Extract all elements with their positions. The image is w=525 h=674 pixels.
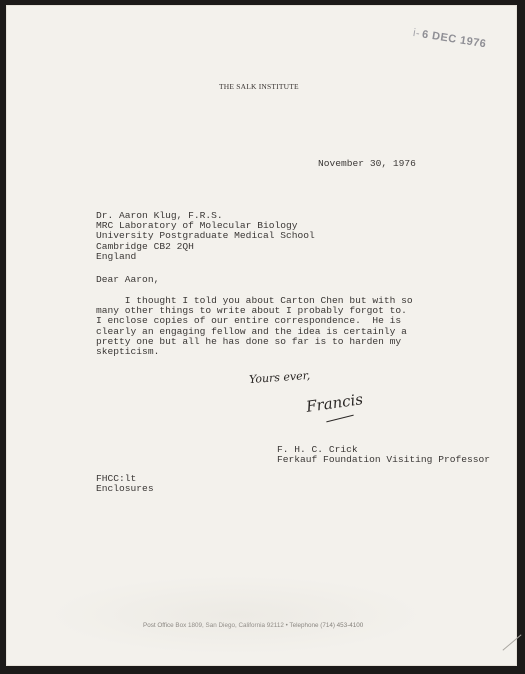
stamp-mark: i- xyxy=(412,27,421,40)
paper-crease xyxy=(502,634,521,650)
signer-title: Ferkauf Foundation Visiting Professor xyxy=(277,454,490,465)
enclosures-note: Enclosures xyxy=(96,483,154,494)
handwritten-signature: Francis xyxy=(305,390,364,416)
letterhead-footer: Post Office Box 1809, San Diego, Califor… xyxy=(143,622,363,629)
body-line: skepticism. xyxy=(96,346,159,357)
handwritten-closing: Yours ever, xyxy=(249,369,311,386)
salutation: Dear Aaron, xyxy=(96,275,159,285)
signer-block: F. H. C. Crick Ferkauf Foundation Visiti… xyxy=(277,445,490,465)
letter-body: I thought I told you about Carton Chen b… xyxy=(96,296,413,357)
stamp-text: 6 DEC 1976 xyxy=(421,28,487,50)
reference-block: FHCC:lt Enclosures xyxy=(96,474,154,494)
letter-page: i-6 DEC 1976 THE SALK INSTITUTE November… xyxy=(6,5,517,666)
letter-date: November 30, 1976 xyxy=(318,159,416,169)
address-line: England xyxy=(96,251,136,262)
letterhead: THE SALK INSTITUTE xyxy=(219,82,299,91)
signature-underline xyxy=(326,415,353,423)
received-date-stamp: i-6 DEC 1976 xyxy=(412,27,487,50)
recipient-address: Dr. Aaron Klug, F.R.S. MRC Laboratory of… xyxy=(96,211,315,262)
